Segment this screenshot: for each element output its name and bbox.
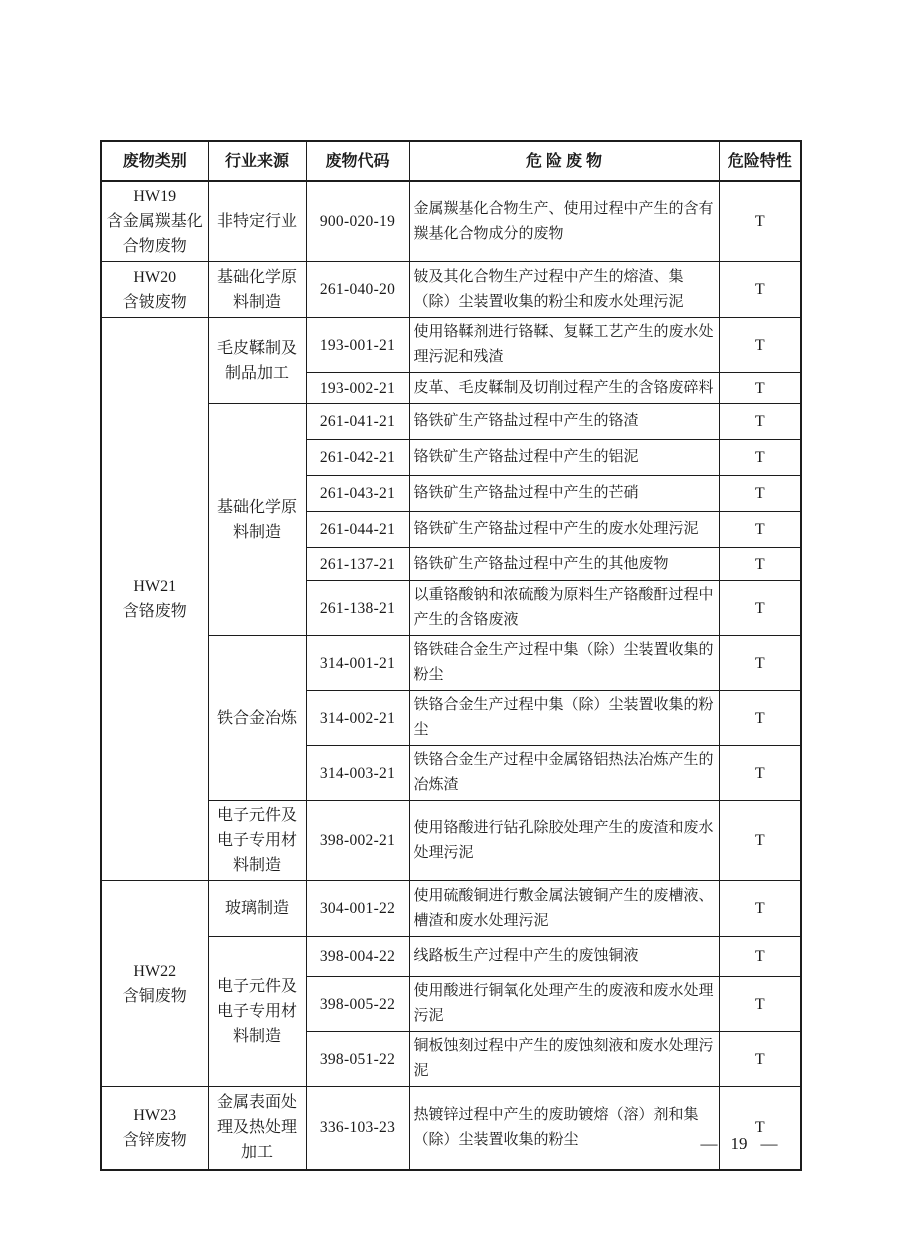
footer-dash-right: — — [761, 1134, 778, 1154]
hazard-trait-cell: T — [719, 1087, 801, 1170]
waste-code-cell: 314-001-21 — [306, 636, 409, 691]
waste-code-cell: 193-002-21 — [306, 373, 409, 404]
waste-code-cell: 261-041-21 — [306, 404, 409, 440]
hazard-desc-cell: 使用硫酸铜进行敷金属法镀铜产生的废槽液、槽渣和废水处理污泥 — [409, 881, 719, 937]
hazard-desc-cell: 铁铬合金生产过程中集（除）尘装置收集的粉尘 — [409, 691, 719, 746]
hazard-trait-cell: T — [719, 181, 801, 262]
hazard-trait-cell: T — [719, 318, 801, 373]
hazard-desc-cell: 铬铁矿生产铬盐过程中产生的铬渣 — [409, 404, 719, 440]
hazard-trait-cell: T — [719, 801, 801, 881]
waste-code-cell: 398-051-22 — [306, 1032, 409, 1087]
waste-category-cell: HW21 含铬废物 — [101, 318, 208, 881]
industry-source-cell: 金属表面处理及热处理加工 — [208, 1087, 306, 1170]
waste-code-cell: 261-138-21 — [306, 581, 409, 636]
hazard-trait-cell: T — [719, 746, 801, 801]
hazard-desc-cell: 金属羰基化合物生产、使用过程中产生的含有羰基化合物成分的废物 — [409, 181, 719, 262]
waste-category-cell: HW20 含铍废物 — [101, 262, 208, 318]
hazard-trait-cell: T — [719, 636, 801, 691]
category-id: HW20 — [104, 265, 206, 290]
waste-code-cell: 261-044-21 — [306, 512, 409, 548]
footer-dash-left: — — [701, 1134, 718, 1154]
waste-code-cell: 314-003-21 — [306, 746, 409, 801]
hazard-desc-cell: 线路板生产过程中产生的废蚀铜液 — [409, 937, 719, 977]
hazard-trait-cell: T — [719, 691, 801, 746]
header-waste-category: 废物类别 — [101, 141, 208, 181]
category-id: HW21 — [104, 574, 206, 599]
hazard-trait-cell: T — [719, 581, 801, 636]
waste-code-cell: 261-040-20 — [306, 262, 409, 318]
hazard-trait-cell: T — [719, 404, 801, 440]
waste-code-cell: 261-137-21 — [306, 548, 409, 581]
waste-code-cell: 398-002-21 — [306, 801, 409, 881]
industry-source-cell: 基础化学原料制造 — [208, 262, 306, 318]
hazard-desc-cell: 使用酸进行铜氧化处理产生的废液和废水处理污泥 — [409, 977, 719, 1032]
hazard-desc-cell: 铬铁硅合金生产过程中集（除）尘装置收集的粉尘 — [409, 636, 719, 691]
category-id: HW19 — [104, 184, 206, 209]
waste-category-cell: HW22 含铜废物 — [101, 881, 208, 1087]
hazard-desc-cell: 铁铬合金生产过程中金属铬铝热法冶炼产生的冶炼渣 — [409, 746, 719, 801]
waste-category-cell: HW19 含金属羰基化合物废物 — [101, 181, 208, 262]
hazard-desc-cell: 铬铁矿生产铬盐过程中产生的铝泥 — [409, 440, 719, 476]
waste-code-cell: 398-005-22 — [306, 977, 409, 1032]
hazard-desc-cell: 铬铁矿生产铬盐过程中产生的芒硝 — [409, 476, 719, 512]
table-row: HW19 含金属羰基化合物废物 非特定行业 900-020-19 金属羰基化合物… — [101, 181, 801, 262]
header-hazard-trait: 危险特性 — [719, 141, 801, 181]
waste-code-cell: 398-004-22 — [306, 937, 409, 977]
industry-source-cell: 玻璃制造 — [208, 881, 306, 937]
category-id: HW23 — [104, 1103, 206, 1128]
hazard-desc-cell: 使用铬鞣剂进行铬鞣、复鞣工艺产生的废水处理污泥和残渣 — [409, 318, 719, 373]
header-hazardous-waste: 危 险 废 物 — [409, 141, 719, 181]
waste-code-cell: 261-043-21 — [306, 476, 409, 512]
hazard-trait-cell: T — [719, 440, 801, 476]
industry-source-cell: 毛皮鞣制及制品加工 — [208, 318, 306, 404]
category-name: 含铜废物 — [104, 984, 206, 1009]
hazard-trait-cell: T — [719, 881, 801, 937]
hazard-desc-cell: 以重铬酸钠和浓硫酸为原料生产铬酸酐过程中产生的含铬废液 — [409, 581, 719, 636]
table-row: HW23 含锌废物 金属表面处理及热处理加工 336-103-23 热镀锌过程中… — [101, 1087, 801, 1170]
table-row: HW22 含铜废物 玻璃制造 304-001-22 使用硫酸铜进行敷金属法镀铜产… — [101, 881, 801, 937]
waste-code-cell: 261-042-21 — [306, 440, 409, 476]
waste-code-cell: 304-001-22 — [306, 881, 409, 937]
hazard-trait-cell: T — [719, 262, 801, 318]
header-industry-source: 行业来源 — [208, 141, 306, 181]
hazard-desc-cell: 皮革、毛皮鞣制及切削过程产生的含铬废碎料 — [409, 373, 719, 404]
waste-code-cell: 314-002-21 — [306, 691, 409, 746]
waste-code-cell: 336-103-23 — [306, 1087, 409, 1170]
industry-source-cell: 非特定行业 — [208, 181, 306, 262]
hazard-trait-cell: T — [719, 476, 801, 512]
hazard-desc-cell: 铍及其化合物生产过程中产生的熔渣、集（除）尘装置收集的粉尘和废水处理污泥 — [409, 262, 719, 318]
document-page: 废物类别 行业来源 废物代码 危 险 废 物 危险特性 HW19 含金属羰基化合… — [0, 0, 900, 1249]
hazard-trait-cell: T — [719, 373, 801, 404]
hazard-desc-cell: 使用铬酸进行钻孔除胶处理产生的废渣和废水处理污泥 — [409, 801, 719, 881]
waste-category-cell: HW23 含锌废物 — [101, 1087, 208, 1170]
industry-source-cell: 铁合金冶炼 — [208, 636, 306, 801]
industry-source-cell: 基础化学原料制造 — [208, 404, 306, 636]
industry-source-cell: 电子元件及电子专用材料制造 — [208, 801, 306, 881]
hazardous-waste-table: 废物类别 行业来源 废物代码 危 险 废 物 危险特性 HW19 含金属羰基化合… — [100, 140, 802, 1171]
category-name: 含铍废物 — [104, 290, 206, 315]
waste-code-cell: 193-001-21 — [306, 318, 409, 373]
category-name: 含锌废物 — [104, 1128, 206, 1153]
waste-code-cell: 900-020-19 — [306, 181, 409, 262]
hazard-desc-cell: 铬铁矿生产铬盐过程中产生的废水处理污泥 — [409, 512, 719, 548]
hazard-desc-cell: 热镀锌过程中产生的废助镀熔（溶）剂和集（除）尘装置收集的粉尘 — [409, 1087, 719, 1170]
category-name: 含金属羰基化合物废物 — [104, 209, 206, 259]
hazard-trait-cell: T — [719, 548, 801, 581]
category-name: 含铬废物 — [104, 599, 206, 624]
header-waste-code: 废物代码 — [306, 141, 409, 181]
hazard-trait-cell: T — [719, 977, 801, 1032]
hazard-desc-cell: 铜板蚀刻过程中产生的废蚀刻液和废水处理污泥 — [409, 1032, 719, 1087]
table-header-row: 废物类别 行业来源 废物代码 危 险 废 物 危险特性 — [101, 141, 801, 181]
hazard-desc-cell: 铬铁矿生产铬盐过程中产生的其他废物 — [409, 548, 719, 581]
page-footer: —19— — [639, 1134, 839, 1154]
industry-source-cell: 电子元件及电子专用材料制造 — [208, 937, 306, 1087]
category-id: HW22 — [104, 959, 206, 984]
hazard-trait-cell: T — [719, 1032, 801, 1087]
table-row: HW20 含铍废物 基础化学原料制造 261-040-20 铍及其化合物生产过程… — [101, 262, 801, 318]
hazard-trait-cell: T — [719, 937, 801, 977]
table-row: HW21 含铬废物 毛皮鞣制及制品加工 193-001-21 使用铬鞣剂进行铬鞣… — [101, 318, 801, 373]
page-number: 19 — [731, 1134, 748, 1153]
hazard-trait-cell: T — [719, 512, 801, 548]
